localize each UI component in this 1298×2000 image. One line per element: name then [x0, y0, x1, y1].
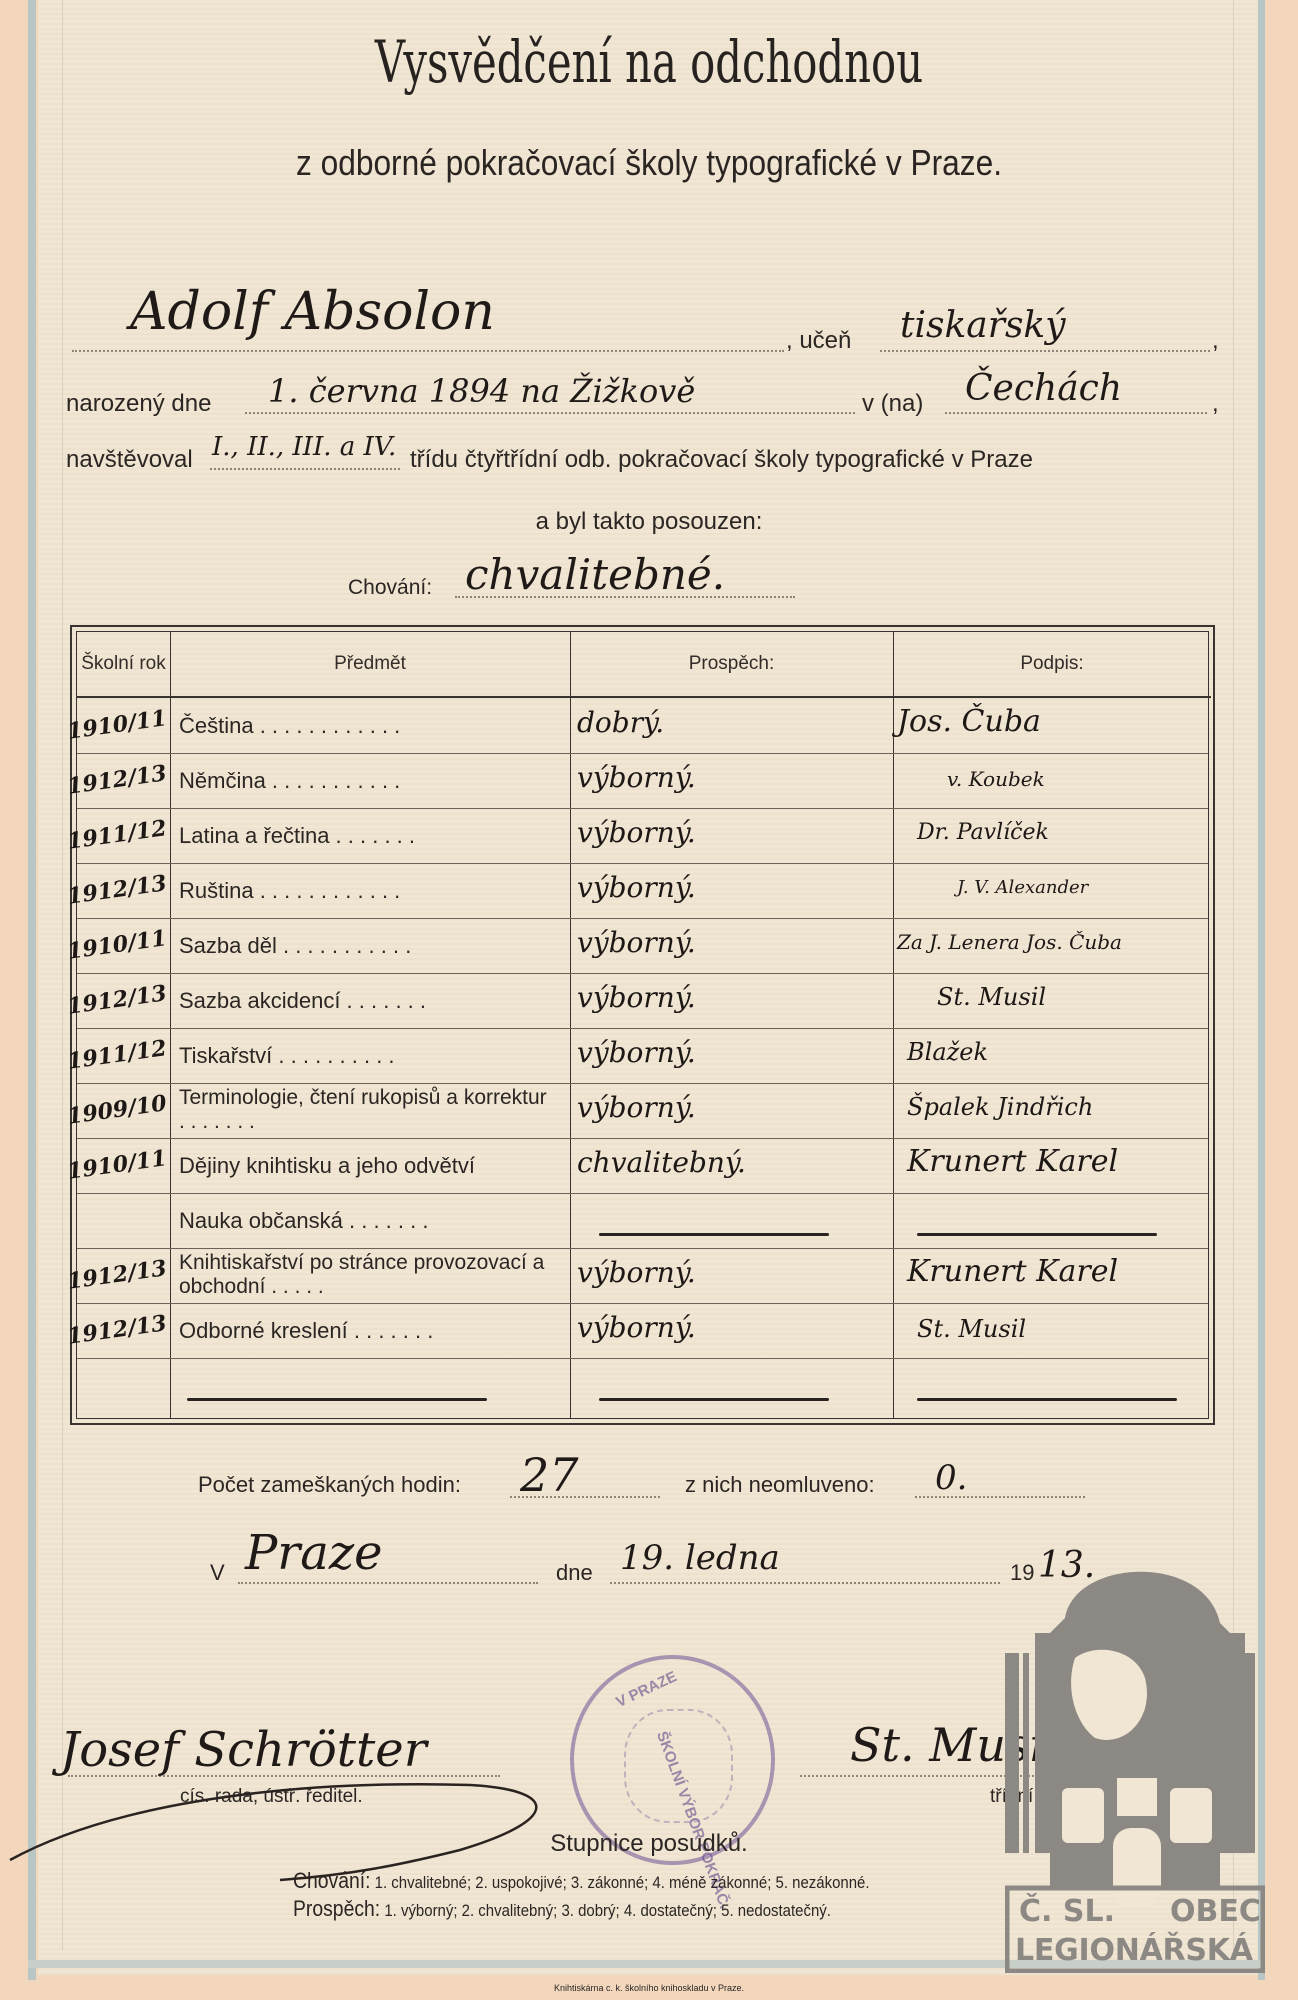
table-row: 1910/11 Dějiny knihtisku a jeho odvětví … — [77, 1138, 1208, 1194]
row-subject: Latina a řečtina . . . . . . . — [179, 823, 579, 848]
row-grade: výborný. — [577, 1091, 877, 1124]
table-row: 1911/12 Latina a řečtina . . . . . . . v… — [77, 808, 1208, 864]
row-subject: Odborné kreslení . . . . . . . — [179, 1318, 579, 1343]
header-grade: Prospěch: — [570, 632, 893, 698]
place-dotted-line — [238, 1582, 538, 1584]
header-subject: Předmět — [170, 632, 570, 698]
hours-value: 27 — [520, 1448, 579, 1502]
conduct-label: Chování: — [348, 576, 432, 600]
row-signature: Špalek Jindřich — [907, 1093, 1217, 1121]
soldier-emblem-icon: Č. SL. OBEC LEGIONÁŘSKÁ — [1005, 1548, 1265, 1973]
row-signature: Za J. Lenera Jos. Čuba — [897, 930, 1207, 954]
conduct-value: chvalitebné. — [465, 550, 725, 599]
row-subject: Dějiny knihtisku a jeho odvětví — [179, 1153, 579, 1178]
logo-text-left: Č. SL. — [1019, 1892, 1115, 1929]
director-title: cís. rada, ústř. ředitel. — [180, 1786, 363, 1808]
table-row: 1912/13 Knihtiskařství po stránce provoz… — [77, 1248, 1208, 1304]
row-grade: chvalitebný. — [577, 1146, 877, 1179]
row-subject: Knihtiskařství po stránce provozovací a … — [179, 1251, 579, 1299]
header-signature: Podpis: — [893, 632, 1211, 698]
row-signature: v. Koubek — [947, 767, 1257, 791]
table-row-empty — [77, 1358, 1208, 1418]
row-year — [67, 1200, 166, 1214]
comma: , — [1212, 390, 1219, 418]
row-year: 1912/13 — [66, 760, 169, 800]
row-grade: výborný. — [577, 926, 877, 959]
printer-footer: Knihtiskárna c. k. školního knihoskladu … — [0, 1983, 1298, 1993]
row-subject: Nauka občanská . . . . . . . — [179, 1208, 579, 1233]
comma: , — [1212, 327, 1219, 355]
row-year: 1912/13 — [66, 1310, 169, 1350]
date-value: 19. ledna — [620, 1538, 780, 1578]
dne-label: dne — [556, 1560, 593, 1586]
assessed-text: a byl takto posouzen: — [0, 508, 1298, 536]
student-name: Adolf Absolon — [130, 282, 495, 342]
row-subject: Tiskařství . . . . . . . . . . — [179, 1043, 579, 1068]
row-subject: Němčina . . . . . . . . . . . — [179, 768, 579, 793]
row-subject: Ruština . . . . . . . . . . . . — [179, 878, 579, 903]
ucen-value: tiskařský — [900, 305, 1066, 346]
scale-conduct-label: Chování: — [293, 1868, 370, 1893]
row-grade: výborný. — [577, 1036, 877, 1069]
region-value: Čechách — [965, 368, 1122, 409]
unexcused-label: z nich neomluveno: — [685, 1472, 875, 1498]
row-grade: dobrý. — [577, 706, 877, 739]
grade-blank-dash — [599, 1398, 829, 1401]
page-border-left — [28, 0, 36, 1980]
place-value: Praze — [245, 1525, 383, 1581]
region-label: v (na) — [862, 390, 923, 418]
row-grade: výborný. — [577, 1311, 877, 1344]
row-signature: St. Musil — [917, 1315, 1227, 1343]
row-signature: Dr. Pavlíček — [917, 820, 1227, 845]
row-subject: Sazba děl . . . . . . . . . . . — [179, 933, 579, 958]
logo-text-right: OBEC — [1170, 1894, 1261, 1929]
ucen-label: , učeň — [786, 327, 851, 355]
row-signature: St. Musil — [937, 983, 1247, 1011]
row-year: 1912/13 — [66, 980, 169, 1020]
row-signature: Krunert Karel — [907, 1254, 1217, 1289]
born-value: 1. června 1894 na Žižkově — [268, 372, 695, 410]
scale-conduct-values: 1. chvalitebné; 2. uspokojivé; 3. zákonn… — [375, 1873, 870, 1892]
document-title: Vysvědčení na odchodnou — [182, 28, 1117, 96]
ucen-dotted-line — [880, 350, 1210, 352]
grades-table-inner: Školní rok Předmět Prospěch: Podpis: 191… — [76, 631, 1209, 1419]
subject-blank-dash — [187, 1398, 487, 1401]
row-grade: výborný. — [577, 816, 877, 849]
visited-value: I., II., III. a IV. — [212, 432, 396, 462]
table-row: 1910/11 Čeština . . . . . . . . . . . . … — [77, 698, 1208, 754]
header-year: Školní rok — [77, 632, 170, 698]
grades-table: Školní rok Předmět Prospěch: Podpis: 191… — [70, 625, 1215, 1425]
visited-label: navštěvoval — [66, 446, 193, 474]
scale-grade: Prospěch: 1. výborný; 2. chvalitebný; 3.… — [293, 1896, 831, 1922]
table-row: Nauka občanská . . . . . . . — [77, 1193, 1208, 1249]
row-signature: Blažek — [907, 1038, 1217, 1066]
table-row: 1910/11 Sazba děl . . . . . . . . . . . … — [77, 918, 1208, 974]
logo-text-bottom: LEGIONÁŘSKÁ — [1015, 1932, 1254, 1968]
row-year: 1912/13 — [66, 1255, 169, 1295]
born-dotted-line — [245, 412, 855, 414]
document-subtitle: z odborné pokračovací školy typografické… — [78, 142, 1220, 184]
row-year: 1910/11 — [66, 925, 169, 965]
row-year: 1912/13 — [66, 870, 169, 910]
table-row: 1909/10 Terminologie, čtení rukopisů a k… — [77, 1083, 1208, 1139]
unexcused-value: 0. — [935, 1458, 967, 1498]
row-subject: Terminologie, čtení rukopisů a korrektur… — [179, 1086, 579, 1134]
table-row: 1912/13 Sazba akcidencí . . . . . . . vý… — [77, 973, 1208, 1029]
row-year: 1911/12 — [66, 1035, 169, 1075]
row-year: 1911/12 — [66, 815, 169, 855]
date-dotted-line — [610, 1582, 1000, 1584]
row-year: 1910/11 — [66, 1145, 169, 1185]
table-row: 1912/13 Odborné kreslení . . . . . . . v… — [77, 1303, 1208, 1359]
hours-label: Počet zameškaných hodin: — [198, 1472, 461, 1498]
table-row: 1912/13 Ruština . . . . . . . . . . . . … — [77, 863, 1208, 919]
table-row: 1912/13 Němčina . . . . . . . . . . . vý… — [77, 753, 1208, 809]
v-label: V — [210, 1560, 225, 1586]
row-grade: výborný. — [577, 981, 877, 1014]
stamp-emblem-icon — [624, 1709, 733, 1823]
scale-grade-label: Prospěch: — [293, 1896, 380, 1921]
row-signature: Jos. Čuba — [897, 704, 1207, 739]
visited-dotted-line — [210, 468, 400, 470]
row-subject: Čeština . . . . . . . . . . . . — [179, 713, 579, 738]
scale-conduct: Chování: 1. chvalitebné; 2. uspokojivé; … — [293, 1868, 870, 1894]
legion-logo: Č. SL. OBEC LEGIONÁŘSKÁ — [1005, 1548, 1265, 1973]
row-signature: Krunert Karel — [907, 1144, 1217, 1179]
row-year: 1910/11 — [66, 705, 169, 745]
signature-blank-dash — [917, 1398, 1177, 1401]
row-grade: výborný. — [577, 761, 877, 794]
scale-grade-values: 1. výborný; 2. chvalitebný; 3. dobrý; 4.… — [384, 1901, 831, 1920]
grade-blank-dash — [599, 1233, 829, 1236]
name-dotted-line — [72, 350, 784, 352]
born-label: narozený dne — [66, 390, 211, 418]
row-grade: výborný. — [577, 1256, 877, 1289]
row-subject: Sazba akcidencí . . . . . . . — [179, 988, 579, 1013]
region-dotted-line — [945, 412, 1207, 414]
signature-blank-dash — [917, 1233, 1157, 1236]
row-year: 1909/10 — [66, 1090, 169, 1130]
row-signature: J. V. Alexander — [957, 877, 1267, 898]
stamp-text-left: V PRAZE — [613, 1668, 679, 1711]
row-grade: výborný. — [577, 871, 877, 904]
visited-suffix: třídu čtyřtřídní odb. pokračovací školy … — [410, 446, 1033, 474]
table-row: 1911/12 Tiskařství . . . . . . . . . . v… — [77, 1028, 1208, 1084]
